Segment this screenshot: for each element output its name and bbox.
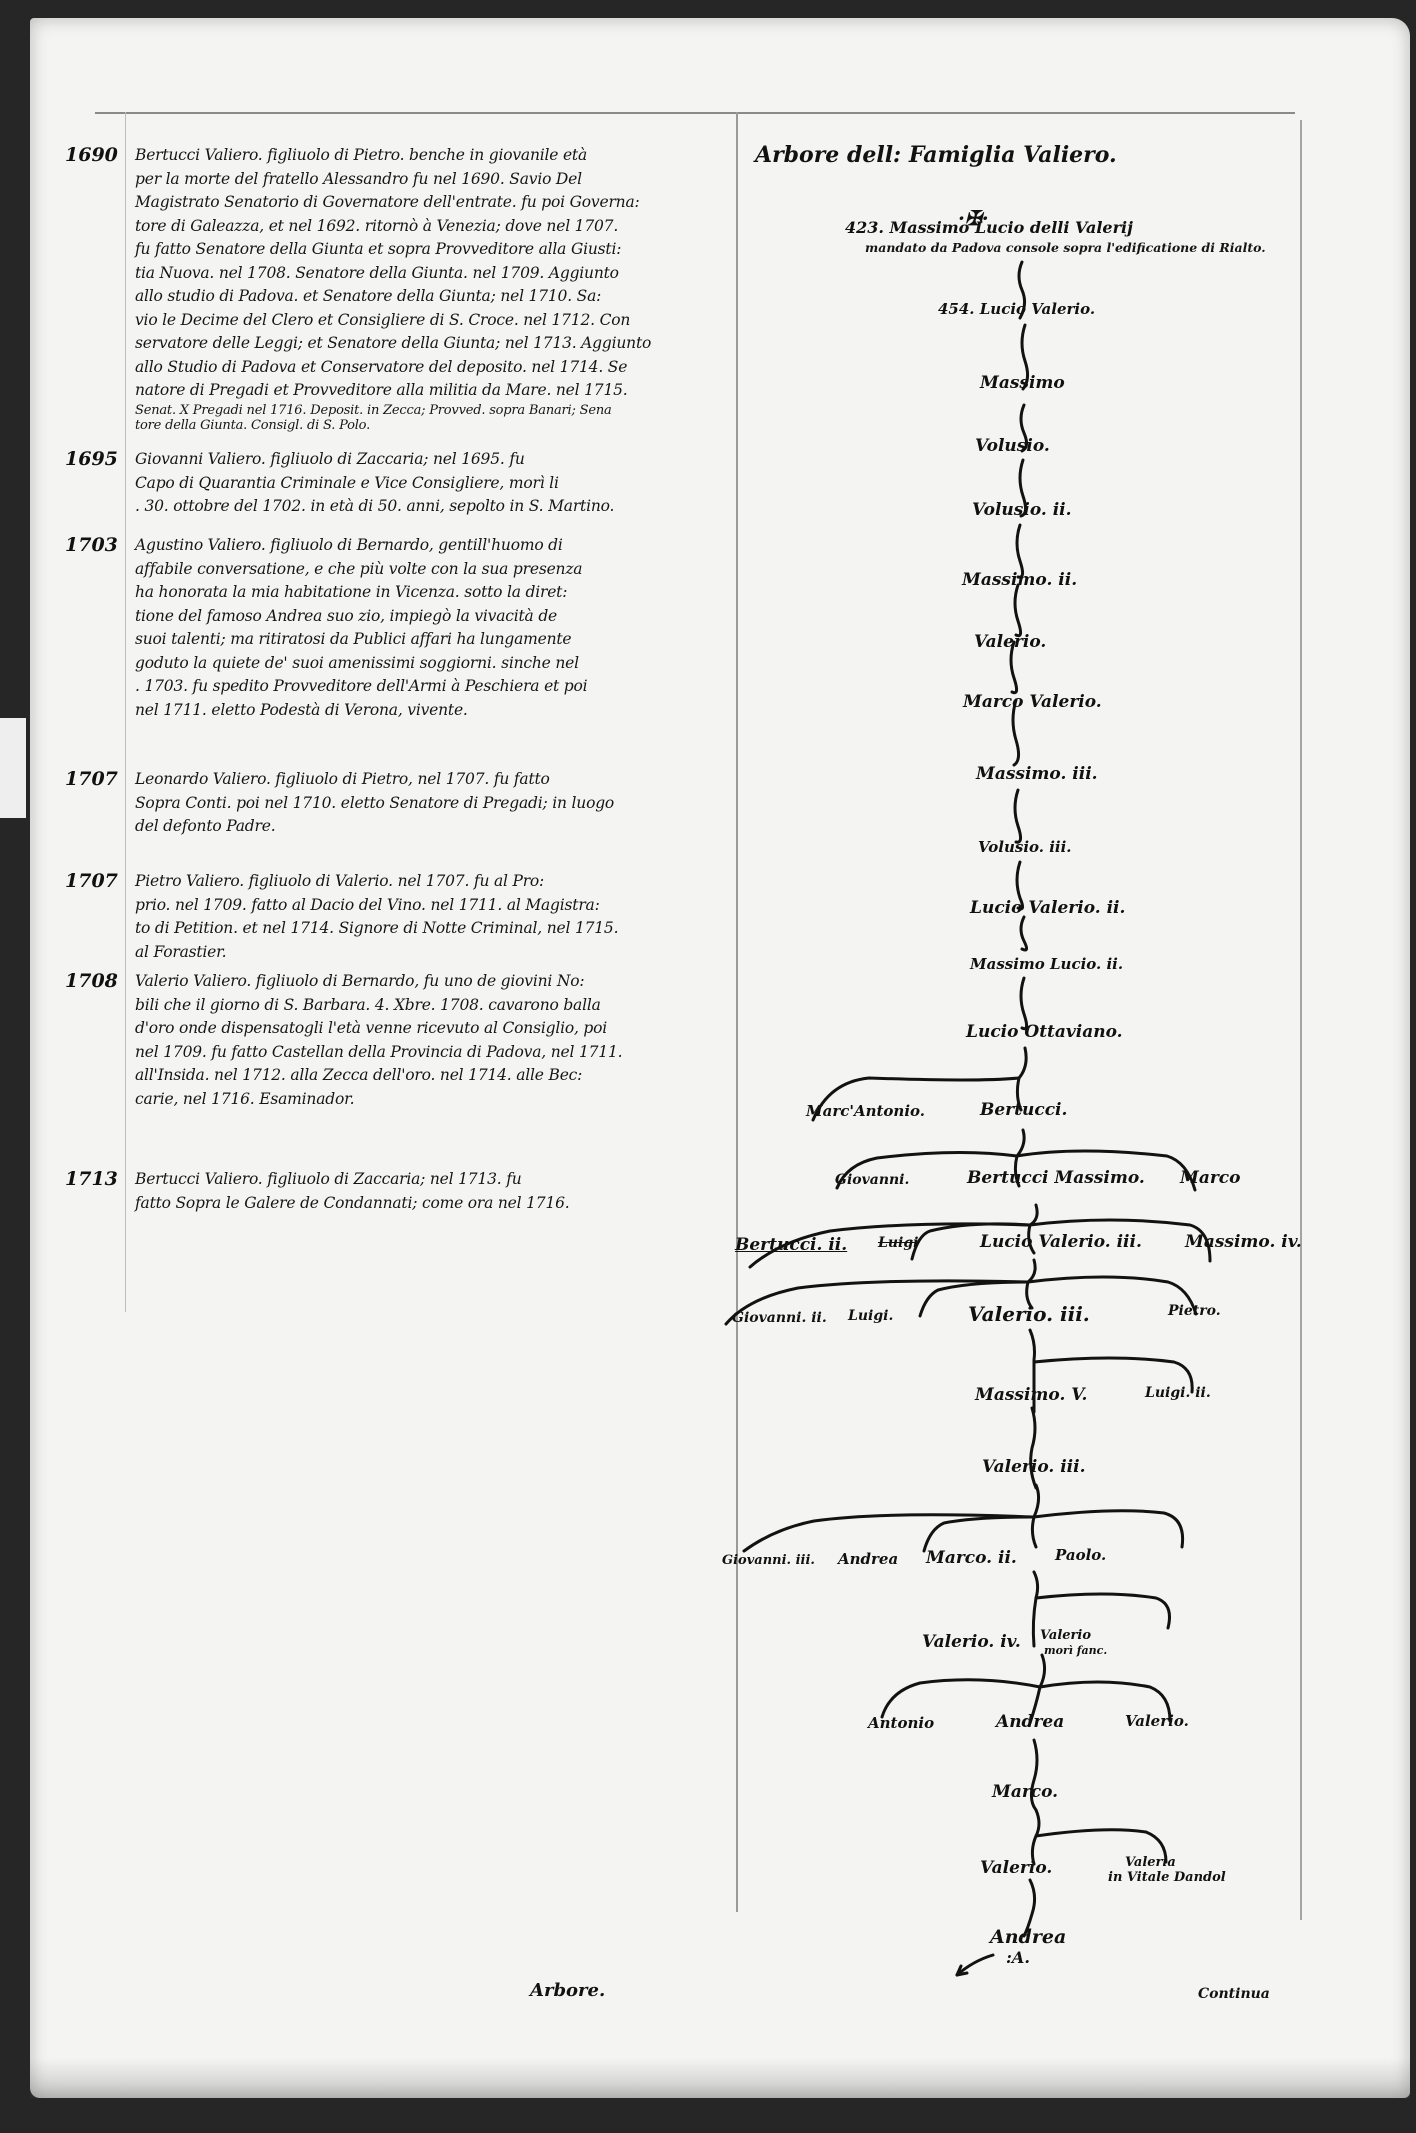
tree-node: Andrea: [996, 1712, 1064, 1732]
tree-node: Bertucci.: [980, 1100, 1067, 1120]
tree-node: Luigi.: [848, 1308, 893, 1324]
tree-node: Valerio: [1040, 1628, 1091, 1643]
tree-node: Giovanni. iii.: [722, 1553, 815, 1568]
tree-node: Luigi. ii.: [1145, 1385, 1211, 1401]
tree-node: Massimo. iv.: [1185, 1232, 1302, 1252]
tree-node: Massimo. iii.: [976, 764, 1098, 784]
tree-node: Lucio Valerio. ii.: [970, 898, 1125, 918]
tree-node: Antonio: [868, 1714, 934, 1732]
tree-node: Valerio. iii.: [968, 1302, 1090, 1326]
tree-node: Andrea: [990, 1926, 1066, 1948]
tree-node: Valerio. iv.: [922, 1632, 1021, 1652]
tree-node: Volusio. ii.: [972, 500, 1072, 520]
tree-node: Luigi: [878, 1235, 918, 1251]
tree-node-note: in Vitale Dandol: [1108, 1870, 1226, 1885]
tree-node: Marco. ii.: [926, 1548, 1017, 1568]
tree-node: Marco: [1180, 1168, 1240, 1188]
tree-node: Massimo. ii.: [962, 570, 1077, 590]
tree-node: Marco Valerio.: [963, 692, 1102, 712]
tree-node: Marco.: [992, 1782, 1058, 1802]
tree-node: Volusio.: [975, 436, 1050, 456]
catchword-right: Continua: [1198, 1986, 1270, 2002]
tree-node: Valerio.: [974, 632, 1046, 652]
tree-connector-lines: [0, 0, 1416, 2133]
tree-node: Pietro.: [1168, 1303, 1221, 1319]
tree-node: Valerio.: [1125, 1712, 1189, 1730]
tree-node: Valerio. iii.: [982, 1457, 1086, 1477]
tree-node: Bertucci. ii.: [735, 1235, 847, 1255]
tree-node: Massimo: [980, 373, 1065, 393]
tree-node: Volusio. iii.: [978, 838, 1072, 856]
tree-node: Bertucci Massimo.: [967, 1168, 1145, 1188]
tree-node: Paolo.: [1055, 1546, 1106, 1564]
catchword-left: Arbore.: [530, 1980, 605, 2001]
tree-node: Valerio.: [980, 1858, 1052, 1878]
tree-node: Massimo. V.: [975, 1385, 1087, 1405]
tree-node: Giovanni. ii.: [732, 1310, 827, 1326]
tree-node: Giovanni.: [835, 1172, 909, 1188]
tree-node-note: morì fanc.: [1044, 1644, 1107, 1657]
tree-node: 454. Lucio Valerio.: [938, 300, 1095, 318]
tree-node: Massimo Lucio. ii.: [970, 955, 1123, 973]
tree-node: Lucio Ottaviano.: [966, 1022, 1123, 1042]
tree-node-mark: :A.: [1006, 1948, 1030, 1967]
tree-node: Valeria: [1125, 1855, 1176, 1870]
tree-node: Marc'Antonio.: [806, 1102, 925, 1120]
tree-node: Lucio Valerio. iii.: [980, 1232, 1142, 1252]
tree-node: Andrea: [838, 1550, 898, 1568]
